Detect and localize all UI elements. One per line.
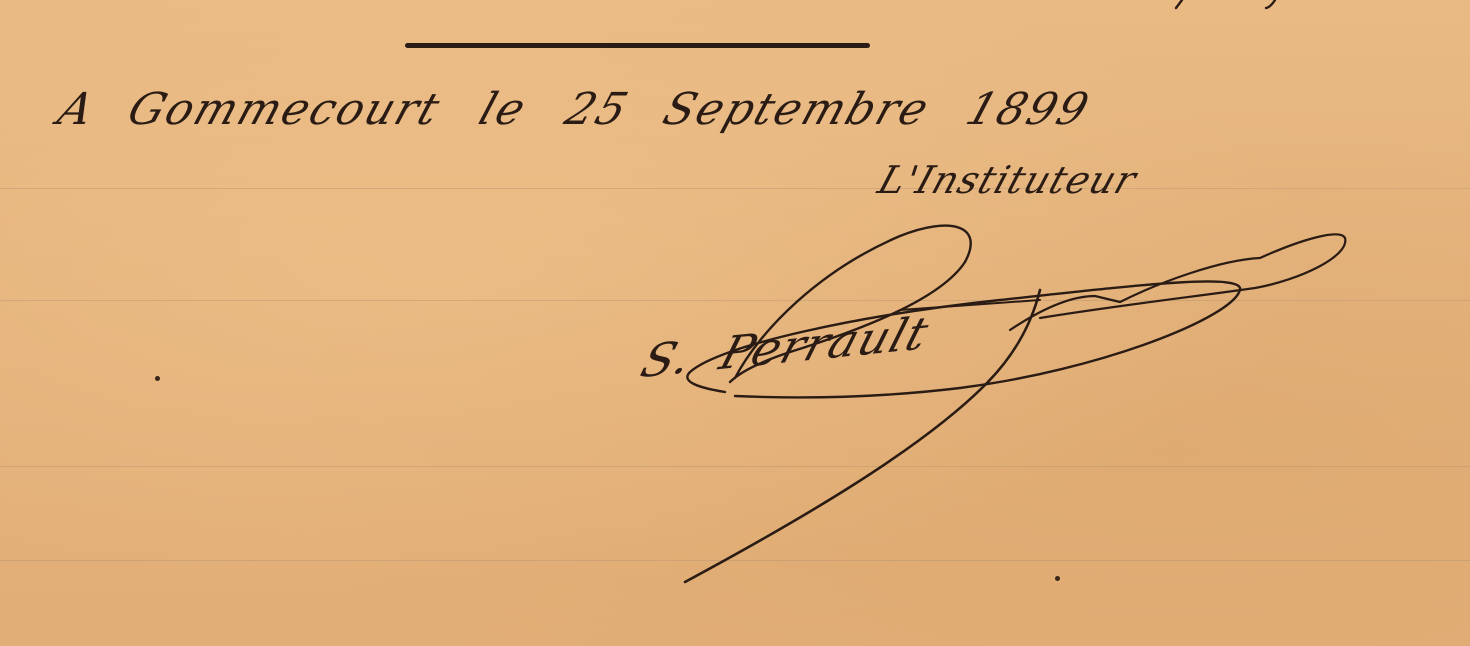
ruled-line — [0, 300, 1470, 301]
place-prefix: A — [52, 84, 102, 135]
ruled-line — [0, 560, 1470, 561]
ink-dot — [155, 376, 160, 381]
ruled-line — [0, 466, 1470, 467]
ruled-line — [0, 188, 1470, 189]
ink-dot — [1055, 576, 1060, 581]
document-page: A Gommecourt le 25 Septembre 1899 L'Inst… — [0, 0, 1470, 646]
date-month: Septembre — [657, 84, 937, 135]
signature-name: Perrault — [714, 306, 936, 380]
date-connector: le — [473, 84, 534, 135]
title-line: L'Instituteur — [873, 158, 1143, 202]
signature-text: S. Perrault — [635, 306, 936, 388]
date-year: 1899 — [960, 84, 1097, 135]
place-date-line: A Gommecourt le 25 Septembre 1899 — [52, 84, 1097, 135]
date-day: 25 — [559, 84, 636, 135]
place-name: Gommecourt — [121, 84, 447, 135]
signature-initial: S. — [635, 330, 699, 389]
separator-rule — [405, 43, 870, 48]
